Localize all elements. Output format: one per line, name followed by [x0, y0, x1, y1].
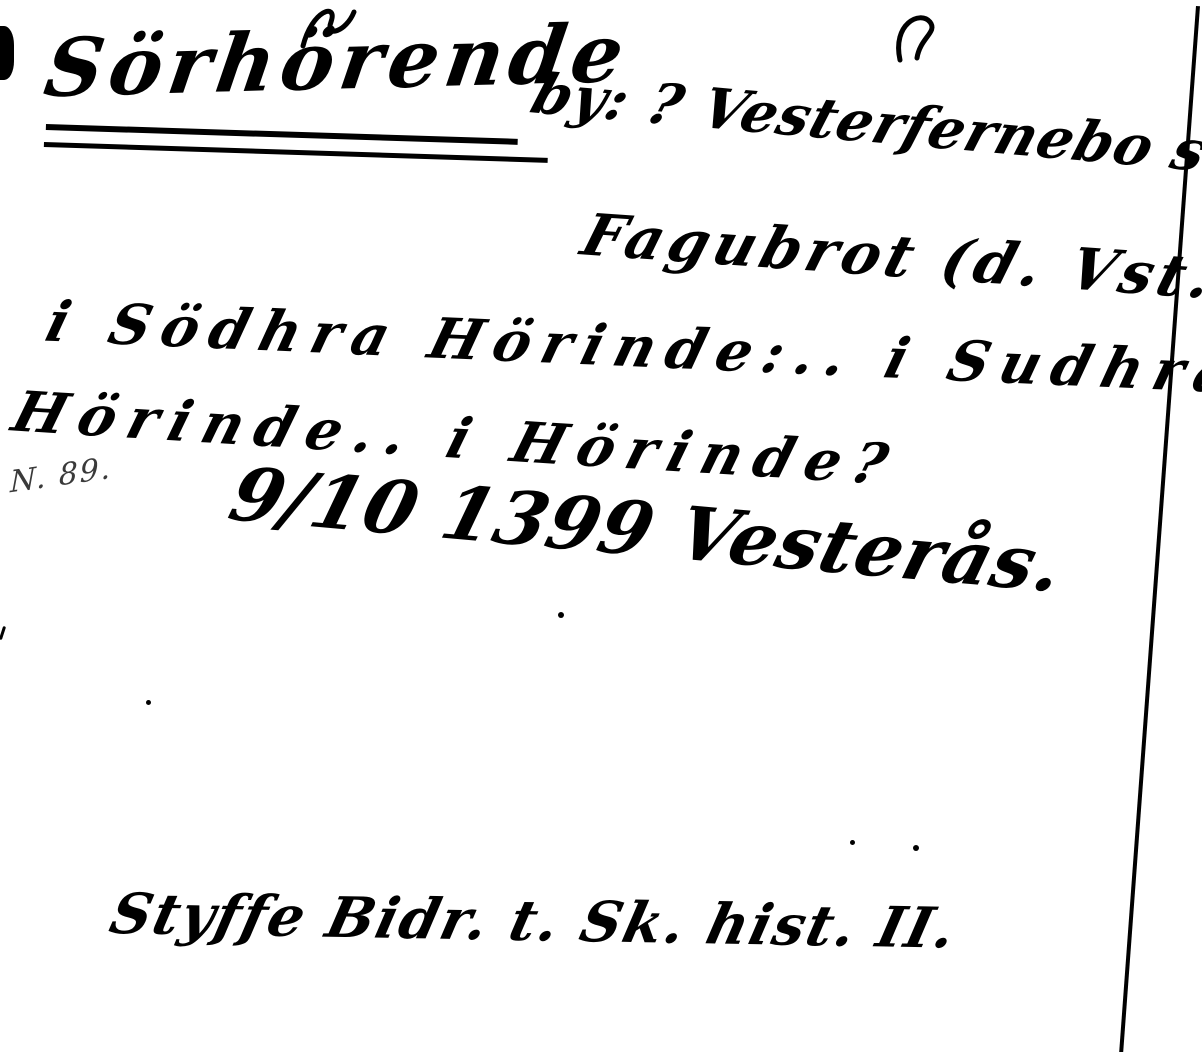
entry-secondary-form-line: Fagubrot (d. Vst.: [576, 206, 1202, 307]
scan-edge-artifact: [0, 26, 14, 80]
ink-flourish-hook: [888, 6, 940, 64]
headword-underline: [44, 142, 548, 163]
scanned-document-page: Sörhörende by: ? Vesterfernebo sn. Fagub…: [0, 0, 1202, 1052]
ink-speck: [558, 612, 564, 618]
ink-speck: [0, 626, 6, 640]
quoted-name-forms-line-1: i Södhra Hörinde:.. i Sudhra: [41, 294, 1202, 402]
margin-note-number: N. 89.: [10, 454, 112, 499]
headword-underline: [46, 124, 518, 145]
ink-flourish-diacritic: [298, 0, 360, 50]
ink-speck: [850, 840, 855, 845]
ink-speck: [146, 700, 151, 705]
entry-classification-line: by: ? Vesterfernebo sn.: [525, 66, 1202, 185]
ink-speck: [913, 845, 919, 851]
source-citation-line: Styffe Bidr. t. Sk. hist. II.: [105, 886, 962, 957]
